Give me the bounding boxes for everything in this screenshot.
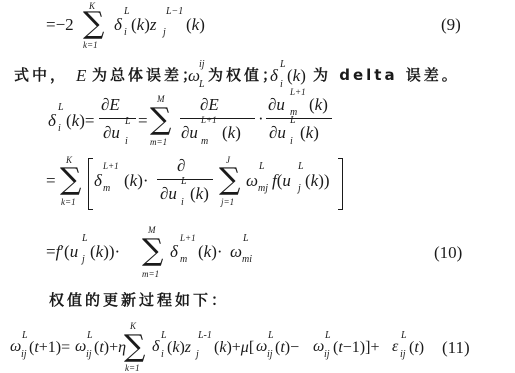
eq9-sum-lower: k=1 [83,41,98,50]
eq11-omega-t2: ω [256,339,267,355]
eq10-l2-delta-sup: L+1 [103,162,119,171]
frac2-bar [180,118,255,119]
eq10-delta: δ [48,112,56,129]
eq11-sum-lower: k=1 [125,364,140,373]
eq10-l2-sum-j-lower: j=1 [221,198,234,207]
eq10-l2-sum-j: ∑ [219,165,240,195]
eq10-l3-delta-arg: (k)· [198,243,223,261]
frac3-den-sup: L [290,116,296,126]
frac3-den: ∂u [269,124,286,141]
eq10-cdot-1: · [258,110,264,127]
eq11-t2-arg: (t)− [275,339,299,356]
eq10-l2-sum-upper: K [66,156,72,165]
eq10-l3-u-sub: j [82,255,85,265]
eq11-sum: ∑ [124,332,145,362]
frac1-den-sup: L [125,117,131,127]
frac3-num: ∂u [268,96,285,113]
eq9-z-sup: L−1 [166,7,183,17]
eq9-delta-sup: L [124,7,130,17]
eq10-l3-u-sup: L [82,234,88,244]
eq10-l3-sum-upper: M [148,226,156,235]
eq10-l2-omega-sup: L [259,162,265,172]
explain-delta-error: 为 delta 误差。 [313,68,460,83]
eq10-delta-sup: L [58,103,64,113]
eq10-l3-omega-sup: L [243,234,249,244]
eq9-arg-k: (k)z [131,16,157,34]
eq10-sum-lower: m=1 [150,138,167,147]
explain-delta: δ [270,67,278,84]
frac1-den: ∂u [103,124,120,141]
frac4-den-sub: i [181,198,184,208]
frac3-num-arg: (k) [309,96,328,114]
eq10-sum-upper: M [157,95,165,104]
left-bracket [88,158,93,210]
eq11-epsilon: ε [392,339,398,355]
explain-delta-arg: (k) [287,67,306,85]
eq11-sum-upper: K [130,322,136,331]
frac2-den-sub: m [201,137,208,147]
eq10-l2-delta: δ [94,172,102,189]
eq11-delta-arg: (k)z [167,339,191,356]
eq10-l3-delta-sub: m [180,255,187,265]
frac1-num: ∂E [101,96,120,113]
frac1-den-sub: i [125,137,128,147]
eq10-l2-equals: = [46,172,56,189]
frac2-num: ∂E [200,96,219,113]
frac2-den-sup: L+1 [201,116,217,125]
eq11-omega-t3: ω [313,339,324,355]
eq11-omega-t-sub: ij [86,350,92,360]
eq10-l2-u-arg: (k)) [305,172,330,190]
equation-number-10: (10) [434,244,462,261]
eq10-delta-sub: i [58,124,61,134]
eq9-delta: δ [114,16,122,33]
frac4-den-arg: (k) [190,185,209,203]
eq11-omega-t3-sup: L [325,331,331,341]
eq10-l3-delta-sup: L+1 [180,234,196,243]
eq9-z-sub: j [163,28,166,38]
eq10-l3-omega: ω [230,243,242,260]
eq10-l3-sum-lower: m=1 [142,270,159,279]
eq10-delta-arg: (k)= [66,112,94,130]
eq10-l3-sum: ∑ [142,236,163,266]
frac4-den-sup: L [181,177,187,187]
eq10-l2-delta-arg: (k)· [124,172,149,190]
eq10-l3-fprime: =f′(u [46,243,78,261]
eq10-l2-u-sub: j [298,184,301,194]
explain-omega-sub: L [199,80,205,90]
explain-E: E [76,67,86,84]
frac4-num: ∂ [177,157,185,174]
eq10-l2-delta-sub: m [103,184,110,194]
eq10-l2-sum-j-upper: J [226,156,230,165]
eq11-lhs-arg: (t+1)= [29,339,70,356]
eq9-sum-upper: K [89,2,95,11]
eq11-z-sub: j [196,350,199,360]
eq11-omega-t2-sub: ij [267,350,273,360]
eq11-eps-arg: (t) [409,339,424,356]
frac3-bar [266,118,332,119]
eq11-omega-t2-sup: L [268,331,274,341]
explain-total-error: 为总体误差； [92,68,200,83]
eq11-omega-t-sup: L [87,331,93,341]
right-bracket [338,158,343,210]
eq11-t-arg: (t)+η [94,339,126,356]
frac4-den: ∂u [160,185,177,202]
eq10-l3-omega-sub: mi [242,255,252,265]
frac3-den-sub: i [290,137,293,147]
eq10-l2-sum-lower: k=1 [61,198,76,207]
eq11-z-arg: (k)+μ[ [214,339,254,356]
eq11-t3-arg: (t−1)]+ [333,339,379,356]
eq11-omega-t3-sub: ij [324,350,330,360]
eq10-l2-omega: ω [246,172,258,189]
eq11-delta-sub: i [161,350,164,360]
eq11-z-sup: L-1 [198,331,212,341]
explain-delta-sub: i [280,80,283,90]
eq11-epsilon-sup: L [401,331,407,341]
explain-delta-sup: L [280,60,286,70]
eq11-omega-lhs-sup: L [22,331,28,341]
eq9-sum-symbol: ∑ [83,9,104,39]
equation-number-9: (9) [441,16,461,33]
eq10-l2-f: f(u [272,172,291,190]
eq11-epsilon-sub: ij [400,350,406,360]
eq11-omega-t: ω [75,339,86,355]
eq10-l2-sum: ∑ [60,165,81,195]
explain-omega-sup: ij [199,60,205,70]
eq10-l3-delta: δ [170,243,178,260]
eq9-arg-k2: (k) [186,16,205,34]
eq11-omega-lhs-sub: ij [21,350,27,360]
eq10-sum: ∑ [150,105,171,135]
equation-number-11: (11) [442,339,470,356]
explain-prefix: 式中， [14,68,68,83]
frac3-den-arg: (k) [300,124,319,142]
eq11-omega-lhs: ω [10,339,21,355]
frac2-den-arg: (k) [222,124,241,142]
eq9-delta-sub: i [124,28,127,38]
eq11-delta: δ [152,339,159,355]
frac2-den: ∂u [181,124,198,141]
eq9-minus-two: =−2 [46,16,74,33]
paper-page: =−2 ∑ K k=1 δ L i (k)z L−1 j (k) (9) 式中，… [0,0,515,373]
eq10-l2-omega-sub: mj [258,184,268,194]
eq10-l2-u-sup: L [298,162,304,172]
eq10-l3-u-arg: (k))· [90,243,120,261]
eq10-equals: = [138,112,148,129]
eq11-delta-sup: L [161,331,167,341]
update-intro: 权值的更新过程如下： [49,293,229,308]
frac3-num-sup: L+1 [290,88,306,97]
